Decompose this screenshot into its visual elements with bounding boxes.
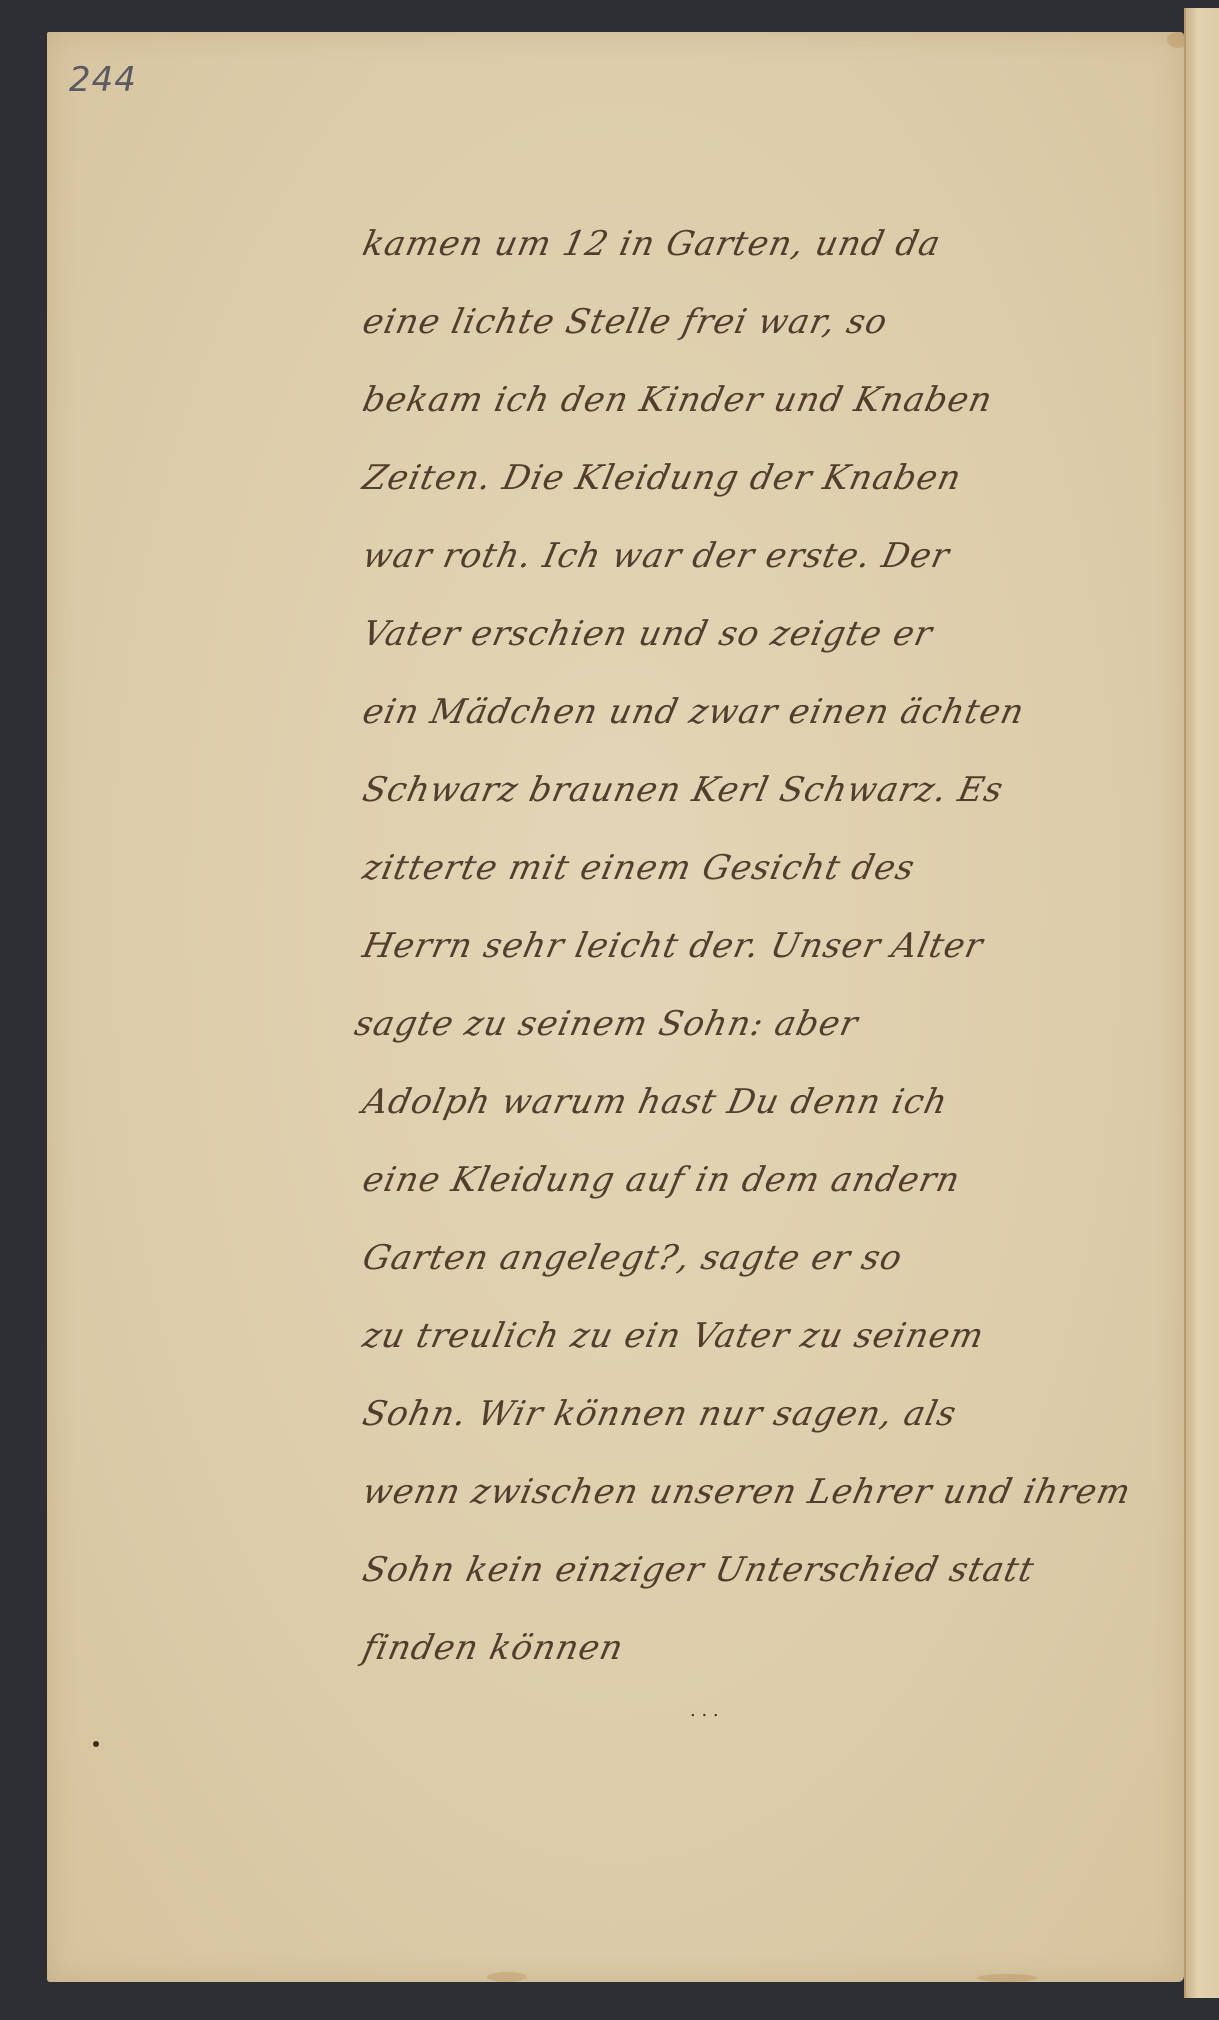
text-line: Herrn sehr leicht der. Unser Alter [355,907,1152,985]
text-line: ein Mädchen und zwar einen ächten [355,673,1152,751]
text-line: eine Kleidung auf in dem andern [355,1141,1152,1219]
text-line: finden können [355,1609,1152,1687]
text-line: wenn zwischen unseren Lehrer und ihrem [355,1453,1152,1531]
text-line: sagte zu seinem Sohn: aber [347,985,1152,1063]
text-line: zitterte mit einem Gesicht des [355,829,1152,907]
text-line: Vater erschien und so zeigte er [355,595,1152,673]
text-line: Zeiten. Die Kleidung der Knaben [355,439,1152,517]
text-line: war roth. Ich war der erste. Der [355,517,1152,595]
page-number: 244 [69,60,137,100]
trailing-dots-mark: . . . [690,1700,719,1721]
text-line: Garten angelegt?, sagte er so [355,1219,1152,1297]
text-line: kamen um 12 in Garten, und da [355,205,1152,283]
text-line: eine lichte Stelle frei war, so [355,283,1152,361]
margin-dot-mark [93,1741,99,1747]
next-page-edge [1184,8,1219,1998]
text-line: Sohn kein einziger Unterschied statt [355,1531,1152,1609]
text-line: Schwarz braunen Kerl Schwarz. Es [355,751,1152,829]
text-line: zu treulich zu ein Vater zu seinem [355,1297,1152,1375]
text-line: Sohn. Wir können nur sagen, als [355,1375,1152,1453]
paper-stain [977,1974,1037,1982]
text-line: Adolph warum hast Du denn ich [355,1063,1152,1141]
handwritten-text: kamen um 12 in Garten, und da eine licht… [355,205,1135,1687]
paper-stain [487,1972,527,1982]
text-line: bekam ich den Kinder und Knaben [355,361,1152,439]
